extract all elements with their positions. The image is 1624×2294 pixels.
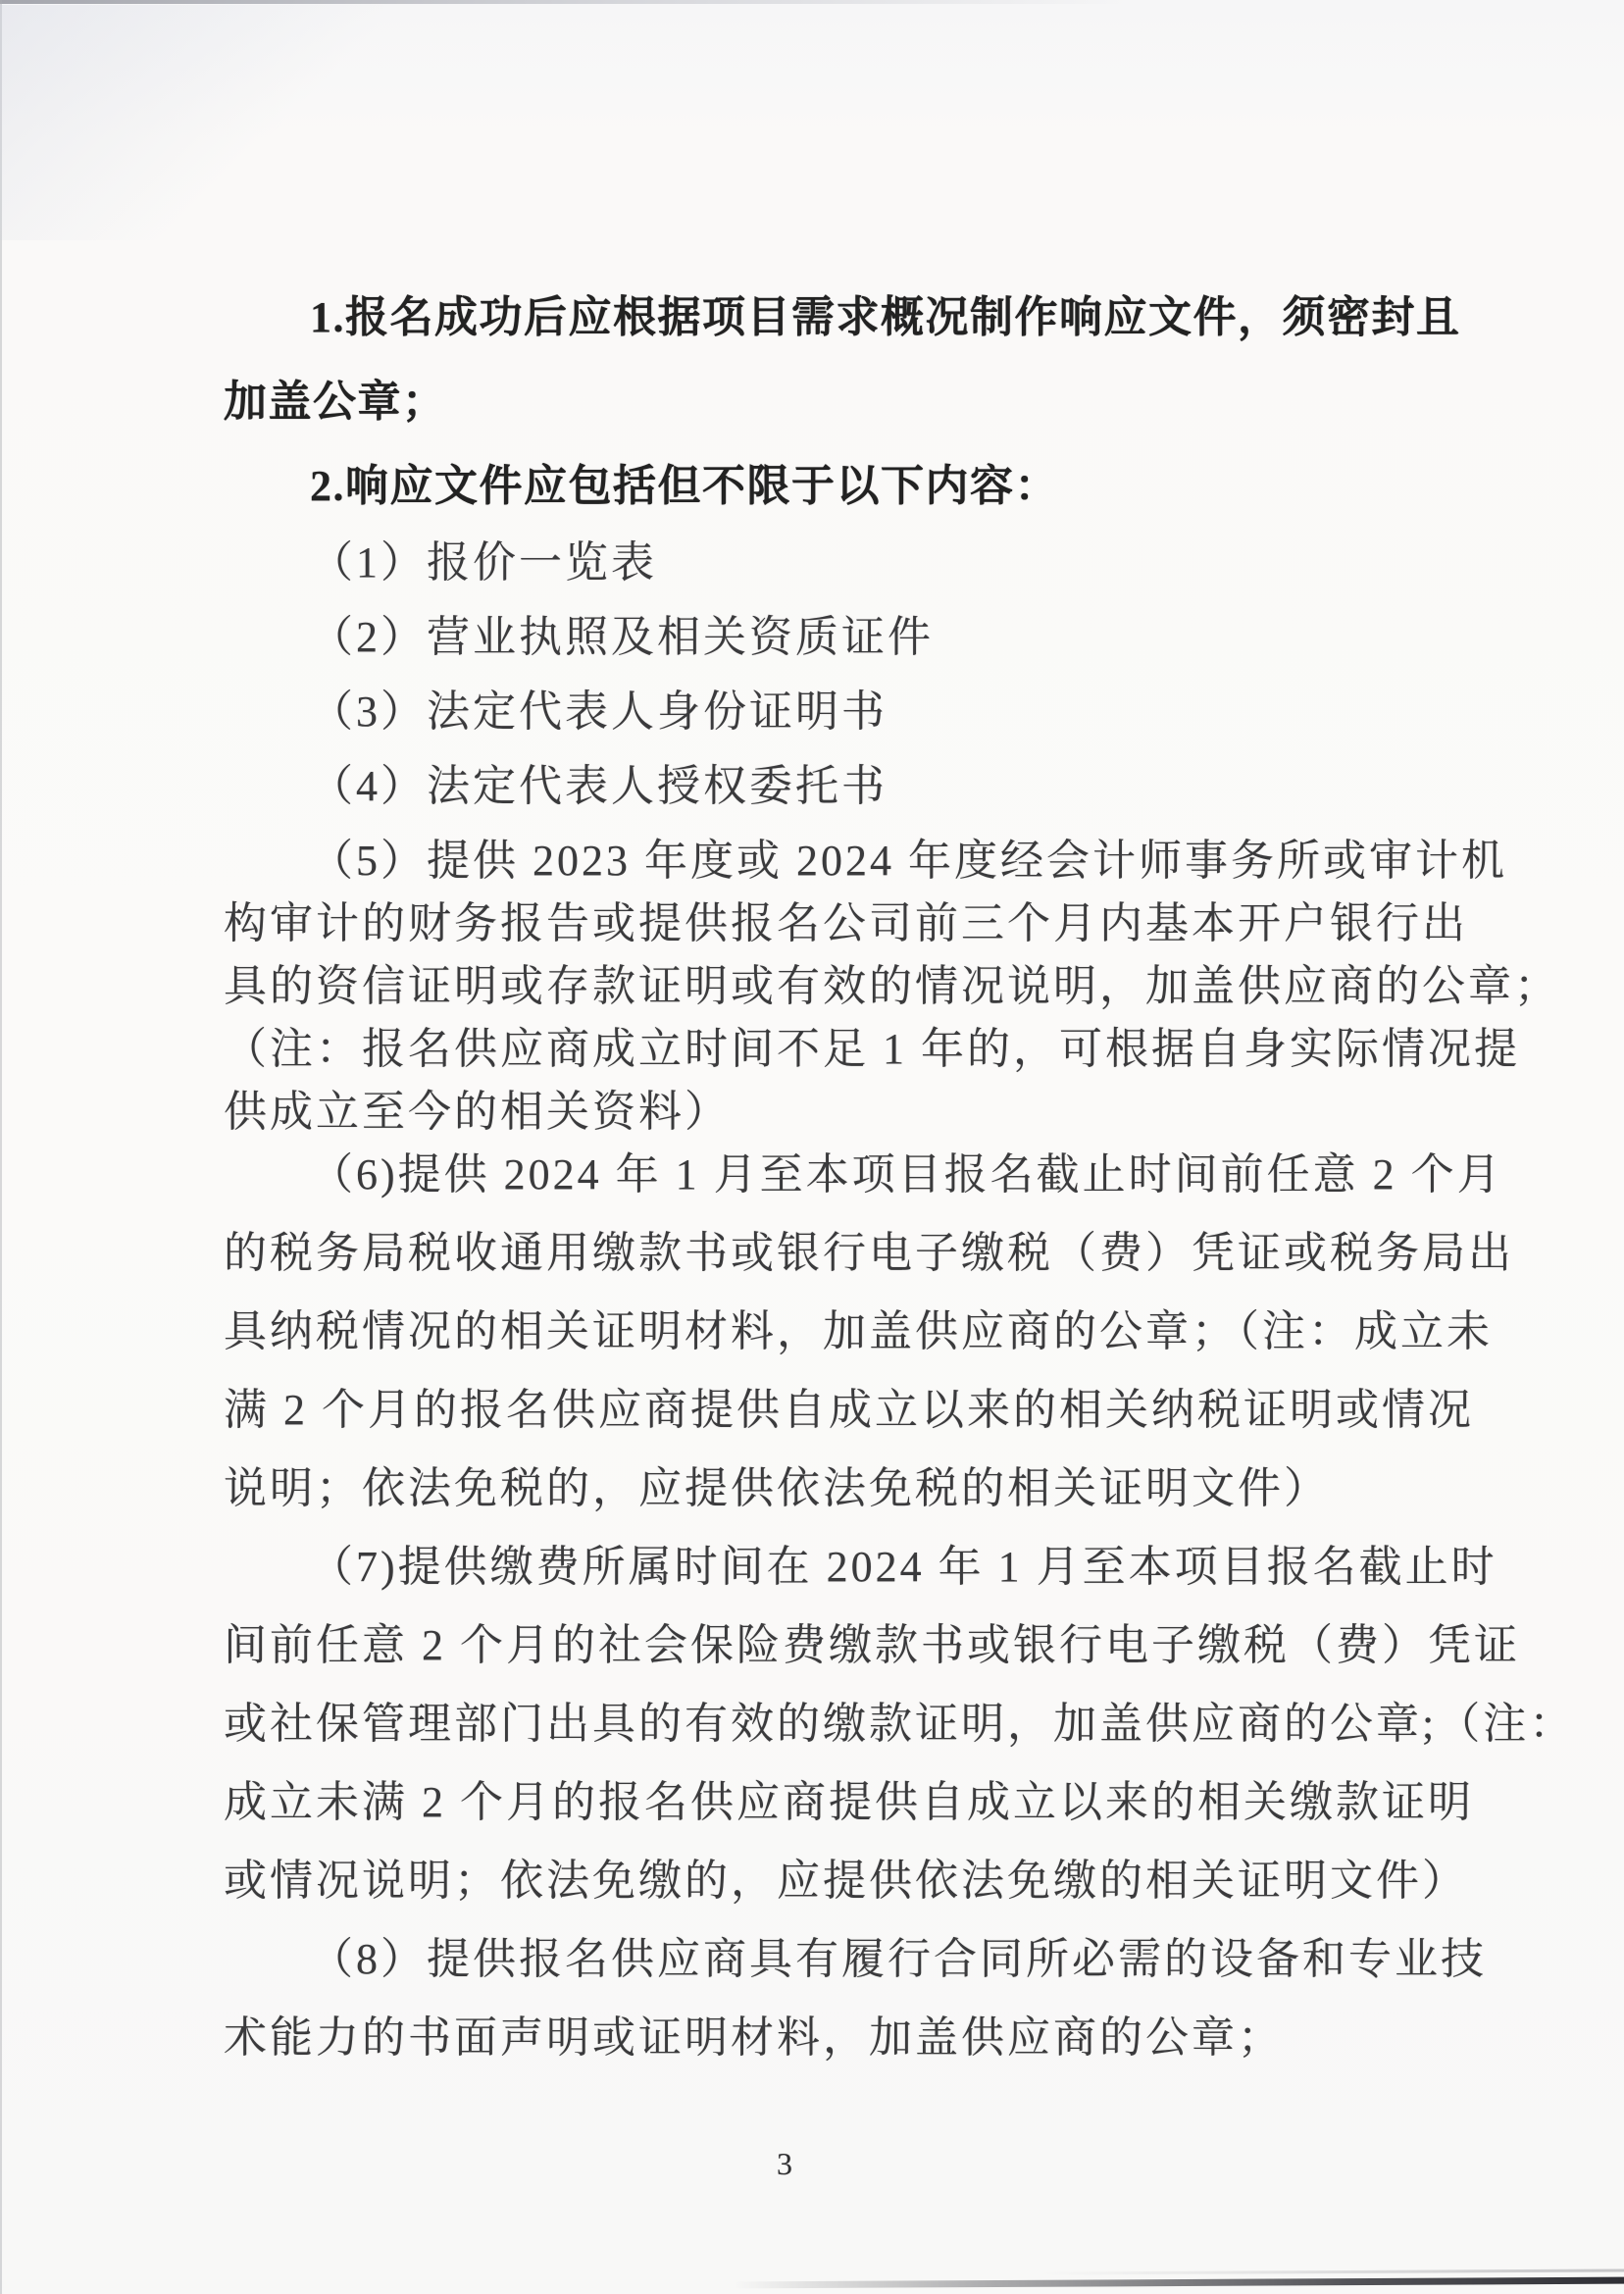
paragraph: 1.报名成功后应根据项目需求概况制作响应文件，须密封且加盖公章；	[224, 292, 1508, 461]
text-line: 说明；依法免税的，应提供依法免税的相关证明文件）	[224, 1463, 1508, 1542]
text-line: （6)提供 2024 年 1 月至本项目报名截止时间前任意 2 个月	[224, 1149, 1508, 1228]
paragraph: （7)提供缴费所属时间在 2024 年 1 月至本项目报名截止时间前任意 2 个…	[224, 1542, 1508, 1934]
paragraph: （8）提供报名供应商具有履行合同所必需的设备和专业技术能力的书面声明或证明材料，…	[224, 1934, 1508, 2091]
scan-shadow-bottom	[734, 2277, 1624, 2289]
text-body: 1.报名成功后应根据项目需求概况制作响应文件，须密封且加盖公章；2.响应文件应包…	[224, 292, 1508, 2091]
text-line: 或社保管理部门出具的有效的缴款证明，加盖供应商的公章;（注：	[224, 1699, 1508, 1777]
text-line: 的税务局税收通用缴款书或银行电子缴税（费）凭证或税务局出	[224, 1228, 1508, 1306]
text-line: 1.报名成功后应根据项目需求概况制作响应文件，须密封且	[224, 292, 1508, 377]
paragraph: （5）提供 2023 年度或 2024 年度经会计师事务所或审计机构审计的财务报…	[224, 836, 1508, 1149]
text-line: （注：报名供应商成立时间不足 1 年的，可根据自身实际情况提	[224, 1024, 1508, 1087]
document-page: 1.报名成功后应根据项目需求概况制作响应文件，须密封且加盖公章；2.响应文件应包…	[0, 0, 1624, 2294]
scan-edge-left	[0, 0, 2, 2294]
paragraph: （1）报价一览表	[224, 537, 1508, 612]
text-line: 间前任意 2 个月的社会保险费缴款书或银行电子缴税（费）凭证	[224, 1620, 1508, 1699]
text-line: （2）营业执照及相关资质证件	[224, 612, 1508, 687]
text-line: （8）提供报名供应商具有履行合同所必需的设备和专业技	[224, 1934, 1508, 2013]
page-number: 3	[0, 2146, 1569, 2182]
scan-smudge	[0, 5, 412, 240]
text-line: 术能力的书面声明或证明材料，加盖供应商的公章；	[224, 2013, 1508, 2091]
paragraph: 2.响应文件应包括但不限于以下内容：	[224, 461, 1508, 537]
text-line: 具纳税情况的相关证明材料，加盖供应商的公章；（注：成立未	[224, 1306, 1508, 1385]
paragraph: （4）法定代表人授权委托书	[224, 761, 1508, 836]
scan-shadow-echo	[1040, 2269, 1624, 2274]
text-line: （7)提供缴费所属时间在 2024 年 1 月至本项目报名截止时	[224, 1542, 1508, 1620]
paragraph: （6)提供 2024 年 1 月至本项目报名截止时间前任意 2 个月的税务局税收…	[224, 1149, 1508, 1542]
text-line: （1）报价一览表	[224, 537, 1508, 612]
paragraph: （2）营业执照及相关资质证件	[224, 612, 1508, 687]
text-line: 2.响应文件应包括但不限于以下内容：	[224, 461, 1508, 537]
text-line: 具的资信证明或存款证明或有效的情况说明，加盖供应商的公章；	[224, 961, 1508, 1024]
paragraph: （3）法定代表人身份证明书	[224, 687, 1508, 761]
text-line: 成立未满 2 个月的报名供应商提供自成立以来的相关缴款证明	[224, 1777, 1508, 1856]
text-line: （5）提供 2023 年度或 2024 年度经会计师事务所或审计机	[224, 836, 1508, 898]
scan-edge-top	[0, 0, 1128, 4]
text-line: 满 2 个月的报名供应商提供自成立以来的相关纳税证明或情况	[224, 1385, 1508, 1463]
text-line: （3）法定代表人身份证明书	[224, 687, 1508, 761]
text-line: （4）法定代表人授权委托书	[224, 761, 1508, 836]
text-line: 供成立至今的相关资料）	[224, 1087, 1508, 1149]
text-line: 加盖公章；	[224, 377, 1508, 461]
text-line: 或情况说明；依法免缴的，应提供依法免缴的相关证明文件）	[224, 1856, 1508, 1934]
text-line: 构审计的财务报告或提供报名公司前三个月内基本开户银行出	[224, 898, 1508, 961]
